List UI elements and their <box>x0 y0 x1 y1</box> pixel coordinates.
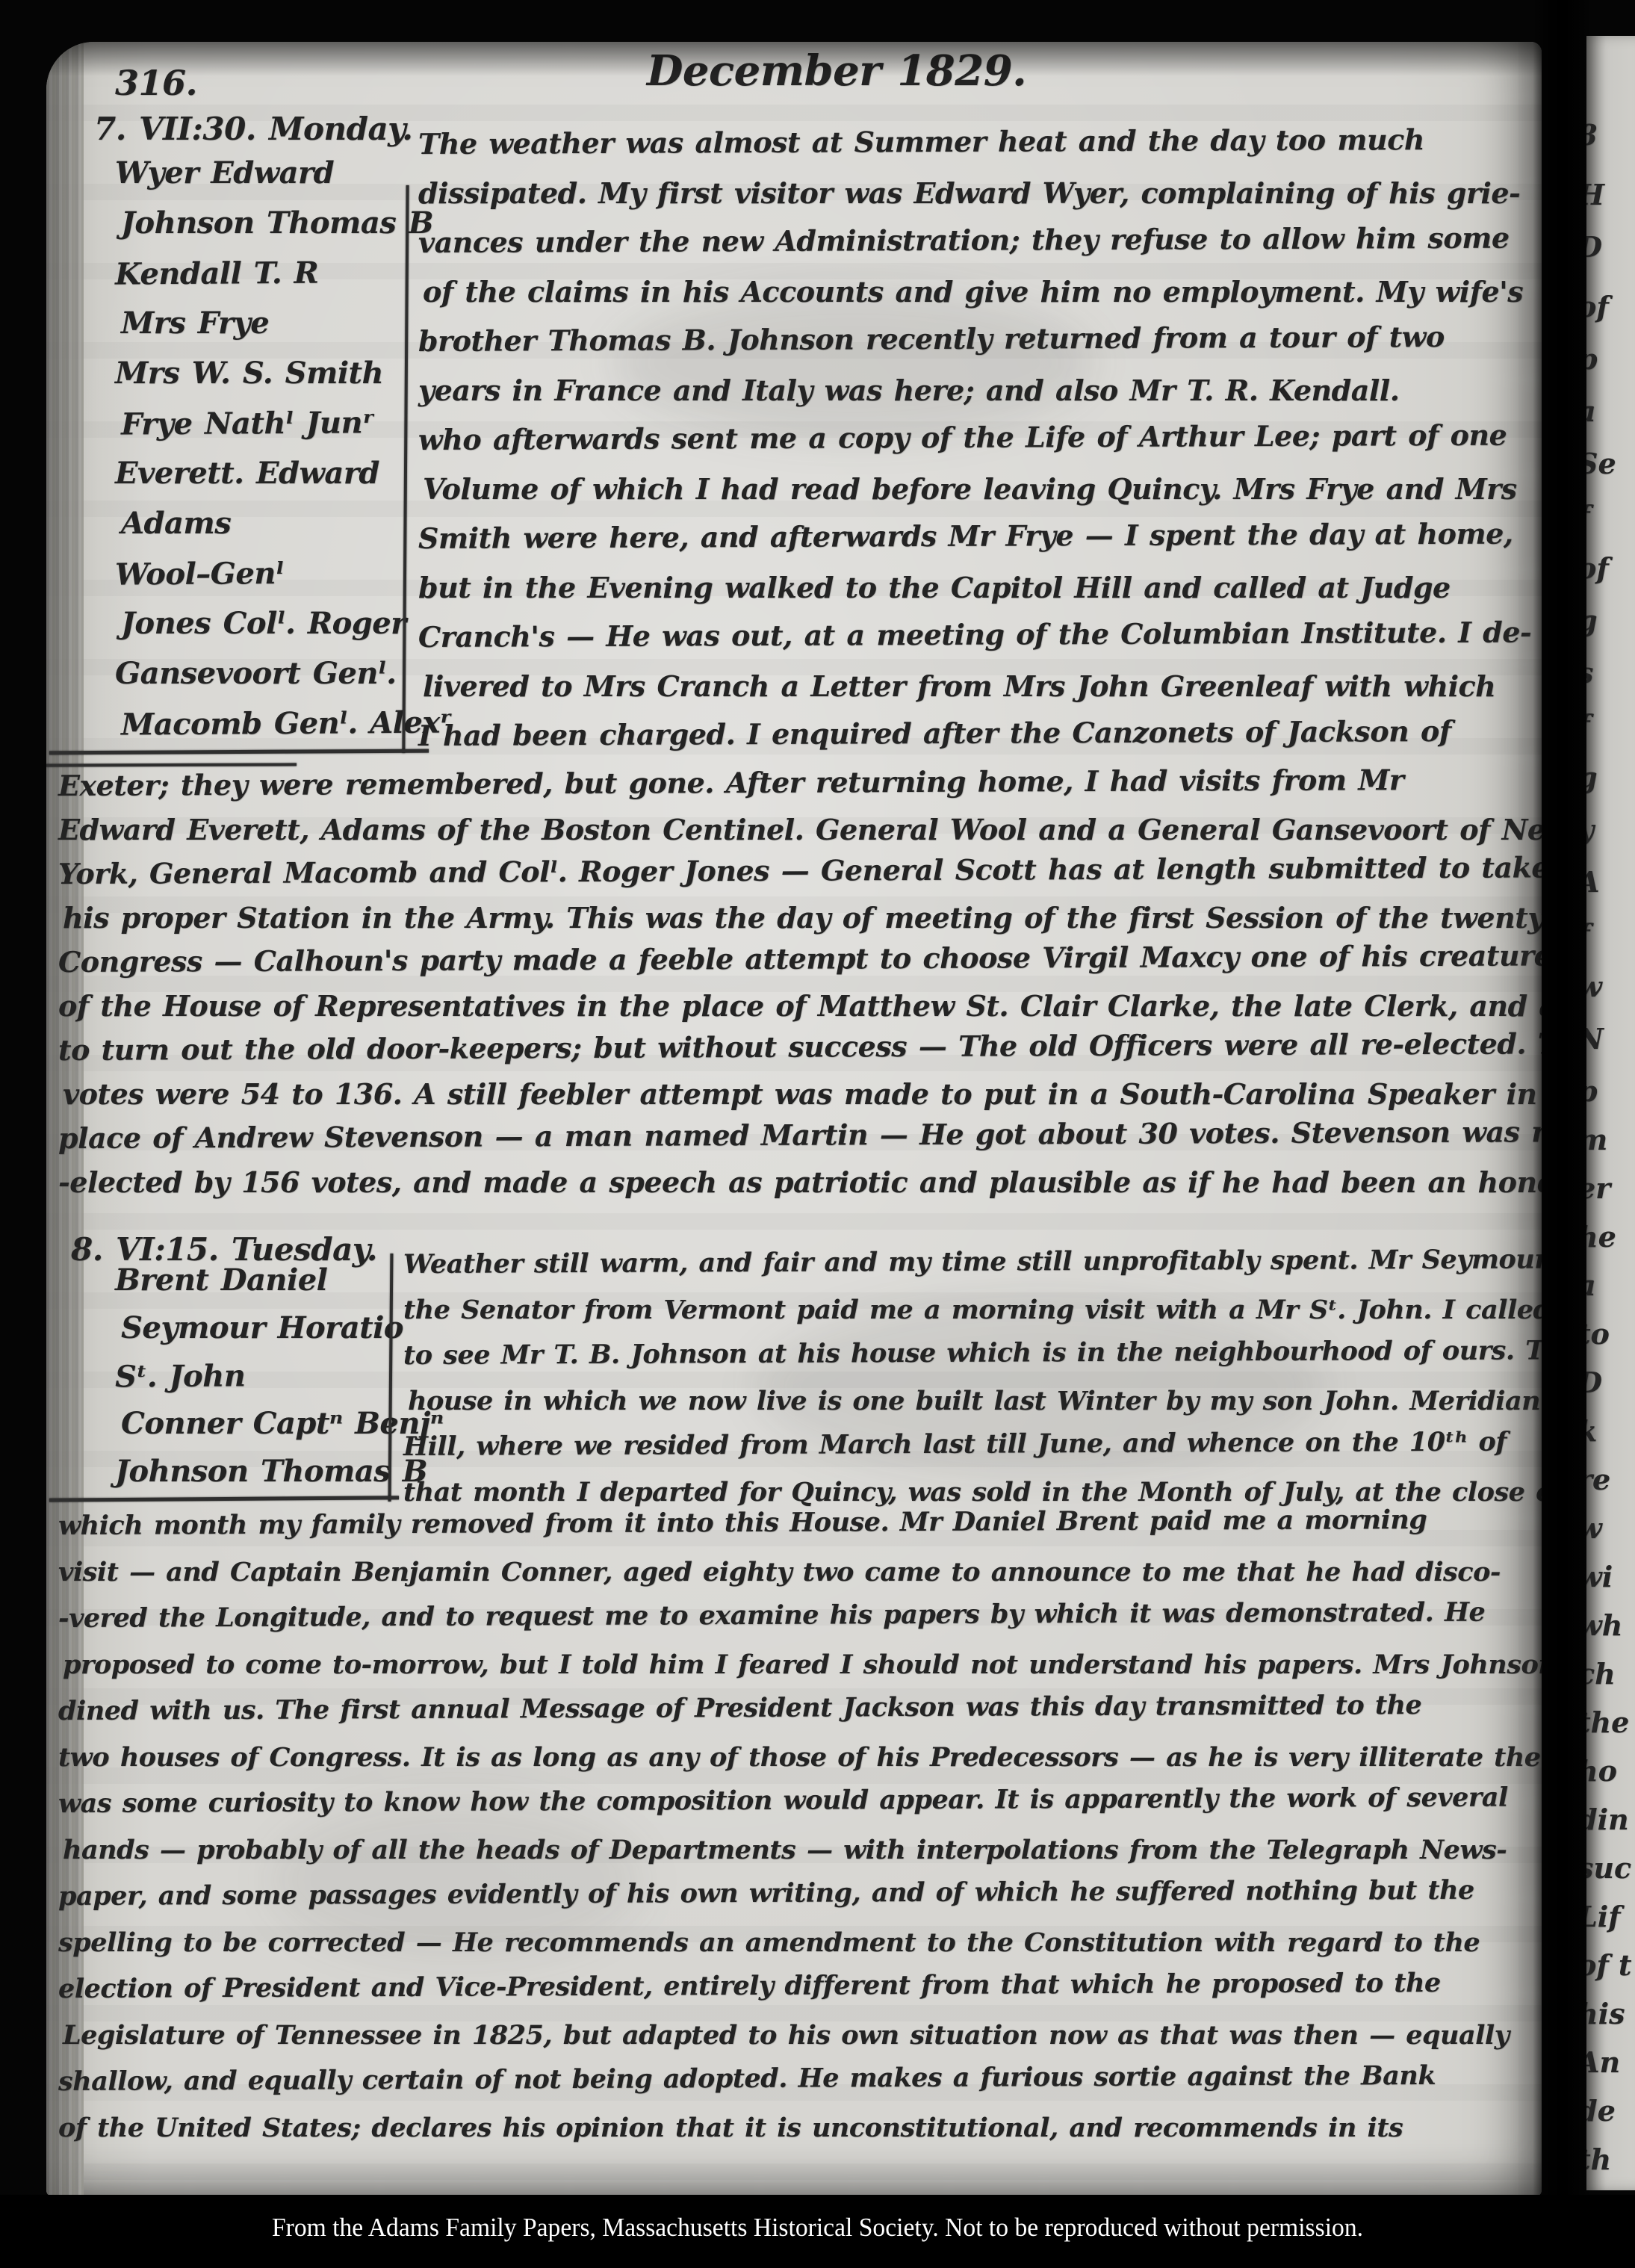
cutoff-text-fragment: Se <box>1586 447 1616 480</box>
cutoff-text-fragment: s <box>1586 656 1593 690</box>
manuscript-line: his proper Station in the Army. This was… <box>63 896 1542 940</box>
cutoff-text-fragment: to <box>1586 1317 1610 1351</box>
manuscript-line: visit — and Captain Benjamin Conner, age… <box>58 1549 1542 1596</box>
cutoff-text-fragment: of <box>1586 290 1609 323</box>
cutoff-text-fragment: suc <box>1586 1851 1631 1885</box>
visitor-name: Mrs W. S. Smith <box>115 348 452 398</box>
cutoff-text-fragment: g <box>1586 760 1598 794</box>
visitor-name: Sᵗ. John <box>115 1351 444 1401</box>
manuscript-line: Cranch's — He was out, at a meeting of t… <box>418 607 1539 662</box>
entry1-visitor-name-list: Wyer EdwardJohnson Thomas BKendall T. RM… <box>115 148 452 749</box>
scanned-diary-spread: 316. December 1829. 7. VII:30. Monday. W… <box>0 0 1635 2268</box>
entry1-full-width-text: Exeter; they were remembered, but gone. … <box>58 763 1542 1204</box>
manuscript-line: which month my family removed from it in… <box>58 1496 1542 1549</box>
cutoff-text-fragment: p <box>1586 1074 1598 1108</box>
cutoff-text-fragment: m <box>1586 1123 1607 1156</box>
cutoff-text-fragment: H <box>1586 178 1604 211</box>
cutoff-text-fragment: g <box>1586 604 1598 637</box>
manuscript-line: -elected by 156 votes, and made a speech… <box>58 1160 1542 1204</box>
visitor-name: Adams <box>121 498 452 548</box>
entry1-date-heading: 7. VII:30. Monday. <box>94 111 412 147</box>
manuscript-line: house in which we now live is one built … <box>408 1378 1542 1424</box>
manuscript-line: Edward Everett, Adams of the Boston Cent… <box>58 808 1542 852</box>
cutoff-text-fragment: 8 <box>1586 118 1597 152</box>
cutoff-text-fragment: ho <box>1586 1754 1617 1788</box>
visitor-name: Mrs Frye <box>121 298 452 348</box>
cutoff-text-fragment: wi <box>1586 1560 1613 1593</box>
cutoff-text-fragment: of <box>1586 551 1609 585</box>
manuscript-line: years in France and Italy was here; and … <box>418 366 1539 415</box>
cutoff-text-fragment: re <box>1586 1463 1610 1496</box>
manuscript-line: two houses of Congress. It is as long as… <box>58 1735 1542 1781</box>
page-number: 316. <box>115 63 197 103</box>
cutoff-text-fragment: wh <box>1586 1608 1622 1642</box>
manuscript-line: Hill, where we resided from March last t… <box>403 1419 1542 1469</box>
entry1-margin-horizontal-rule <box>49 749 429 755</box>
manuscript-line: but in the Evening walked to the Capitol… <box>418 563 1539 613</box>
cutoff-text-fragment: th <box>1586 2142 1611 2176</box>
manuscript-line: dissipated. My first visitor was Edward … <box>418 169 1539 218</box>
cutoff-text-fragment: An <box>1586 2045 1620 2079</box>
manuscript-line: paper, and some passages evidently of hi… <box>58 1867 1542 1920</box>
manuscript-line: -vered the Longitude, and to request me … <box>58 1589 1542 1642</box>
diary-page-right-sliver: 8HDofpaSefofgsfgyAfwNpmerheatoDkrewwiwhc… <box>1586 36 1635 2190</box>
visitor-name: Johnson Thomas B <box>121 198 452 248</box>
cutoff-text-fragment: f <box>1586 499 1589 533</box>
cutoff-text-fragment: N <box>1586 1022 1604 1056</box>
cutoff-text-fragment: k <box>1586 1414 1597 1448</box>
manuscript-line: of the claims in his Accounts and give h… <box>423 267 1539 317</box>
visitor-name: Johnson Thomas B <box>115 1448 444 1496</box>
entry2-full-width-text: which month my family removed from it in… <box>58 1503 1542 2151</box>
manuscript-line: hands — probably of all the heads of Dep… <box>63 1827 1542 1874</box>
page-title-month: December 1829. <box>642 46 1031 96</box>
manuscript-line: to see Mr T. B. Johnson at his house whi… <box>403 1327 1542 1378</box>
cutoff-text-fragment: de <box>1586 2094 1616 2128</box>
manuscript-line: votes were 54 to 136. A still feebler at… <box>63 1072 1542 1116</box>
manuscript-line: place of Andrew Stevenson — a man named … <box>58 1109 1542 1160</box>
cutoff-text-fragment: din <box>1586 1803 1629 1836</box>
caption-band: From the Adams Family Papers, Massachuse… <box>0 2195 1635 2268</box>
cutoff-text-fragment: he <box>1586 1220 1616 1254</box>
cutoff-text-fragment: er <box>1586 1171 1610 1205</box>
manuscript-line: Smith were here, and afterwards Mr Frye … <box>418 509 1539 563</box>
manuscript-line: the Senator from Vermont paid me a morni… <box>403 1287 1542 1333</box>
cutoff-text-fragment: his <box>1586 1997 1625 2030</box>
manuscript-line: of the House of Representatives in the p… <box>58 984 1542 1028</box>
visitor-name: Kendall T. R <box>115 247 452 299</box>
visitor-name: Conner Captⁿ Benjⁿ <box>121 1400 444 1448</box>
manuscript-line: I had been charged. I enquired after the… <box>418 706 1539 760</box>
manuscript-line: was some curiosity to know how the compo… <box>58 1774 1542 1827</box>
cutoff-text-fragment: f <box>1586 917 1589 951</box>
cutoff-text-fragment: w <box>1586 970 1602 1003</box>
visitor-name: Brent Daniel <box>115 1257 444 1304</box>
book-gutter-shadow <box>1533 0 1591 2211</box>
manuscript-line: spelling to be corrected — He recommends… <box>58 1920 1542 1966</box>
cutoff-text-fragment: of t <box>1586 1948 1631 1982</box>
manuscript-line: vances under the new Administration; the… <box>418 213 1539 267</box>
visitor-name: Jones Colˡ. Roger <box>121 598 452 648</box>
diary-page-left: 316. December 1829. 7. VII:30. Monday. W… <box>46 42 1542 2196</box>
manuscript-line: election of President and Vice-President… <box>58 1959 1542 2013</box>
visitor-name: Everett. Edward <box>115 448 452 498</box>
manuscript-line: brother Thomas B. Johnson recently retur… <box>418 312 1539 366</box>
manuscript-line: livered to Mrs Cranch a Letter from Mrs … <box>423 662 1539 711</box>
manuscript-line: shallow, and equally certain of not bein… <box>58 2052 1542 2105</box>
cutoff-text-fragment: y <box>1586 813 1594 846</box>
visitor-name: Wool–Genˡ <box>115 547 452 599</box>
visitor-name: Gansevoort Genˡ. <box>115 648 452 698</box>
archive-caption: From the Adams Family Papers, Massachuse… <box>33 2213 1602 2243</box>
cutoff-text-fragment: Lif <box>1586 1900 1621 1933</box>
entry1-body-column: The weather was almost at Summer heat an… <box>418 120 1539 760</box>
cutoff-text-fragment: a <box>1586 394 1596 428</box>
manuscript-line: Exeter; they were remembered, but gone. … <box>58 757 1542 808</box>
manuscript-line: Weather still warm, and fair and my time… <box>403 1236 1542 1287</box>
entry2-body-column: Weather still warm, and fair and my time… <box>403 1242 1542 1515</box>
cutoff-text-fragment: D <box>1586 230 1602 264</box>
cutoff-text-fragment: f <box>1586 708 1589 742</box>
cutoff-text-fragment: A <box>1586 865 1599 899</box>
cutoff-text-fragment: ch <box>1586 1657 1616 1691</box>
manuscript-line: Legislature of Tennessee in 1825, but ad… <box>63 2013 1542 2059</box>
manuscript-line: Congress — Calhoun's party made a feeble… <box>58 933 1542 984</box>
cutoff-text-fragment: the <box>1586 1705 1629 1739</box>
visitor-name: Seymour Horatio <box>121 1304 444 1352</box>
manuscript-line: dined with us. The first annual Message … <box>58 1682 1542 1735</box>
cutoff-text-fragment: D <box>1586 1366 1602 1399</box>
entry2-visitor-name-list: Brent DanielSeymour HoratioSᵗ. JohnConne… <box>115 1257 444 1496</box>
manuscript-line: Volume of which I had read before leavin… <box>423 465 1539 514</box>
visitor-name: Frye Nathˡ Junʳ <box>121 397 452 449</box>
manuscript-line: proposed to come to-morrow, but I told h… <box>63 1642 1542 1688</box>
manuscript-line: of the United States; declares his opini… <box>58 2105 1542 2151</box>
manuscript-line: who afterwards sent me a copy of the Lif… <box>418 410 1539 465</box>
cutoff-text-fragment: p <box>1586 342 1598 376</box>
cutoff-text-fragment: a <box>1586 1268 1596 1302</box>
manuscript-line: to turn out the old door-keepers; but wi… <box>58 1021 1542 1072</box>
cutoff-text-fragment: w <box>1586 1511 1602 1545</box>
manuscript-line: The weather was almost at Summer heat an… <box>418 114 1539 169</box>
visitor-name: Wyer Edward <box>115 148 452 198</box>
manuscript-line: York, General Macomb and Colˡ. Roger Jon… <box>58 845 1542 896</box>
